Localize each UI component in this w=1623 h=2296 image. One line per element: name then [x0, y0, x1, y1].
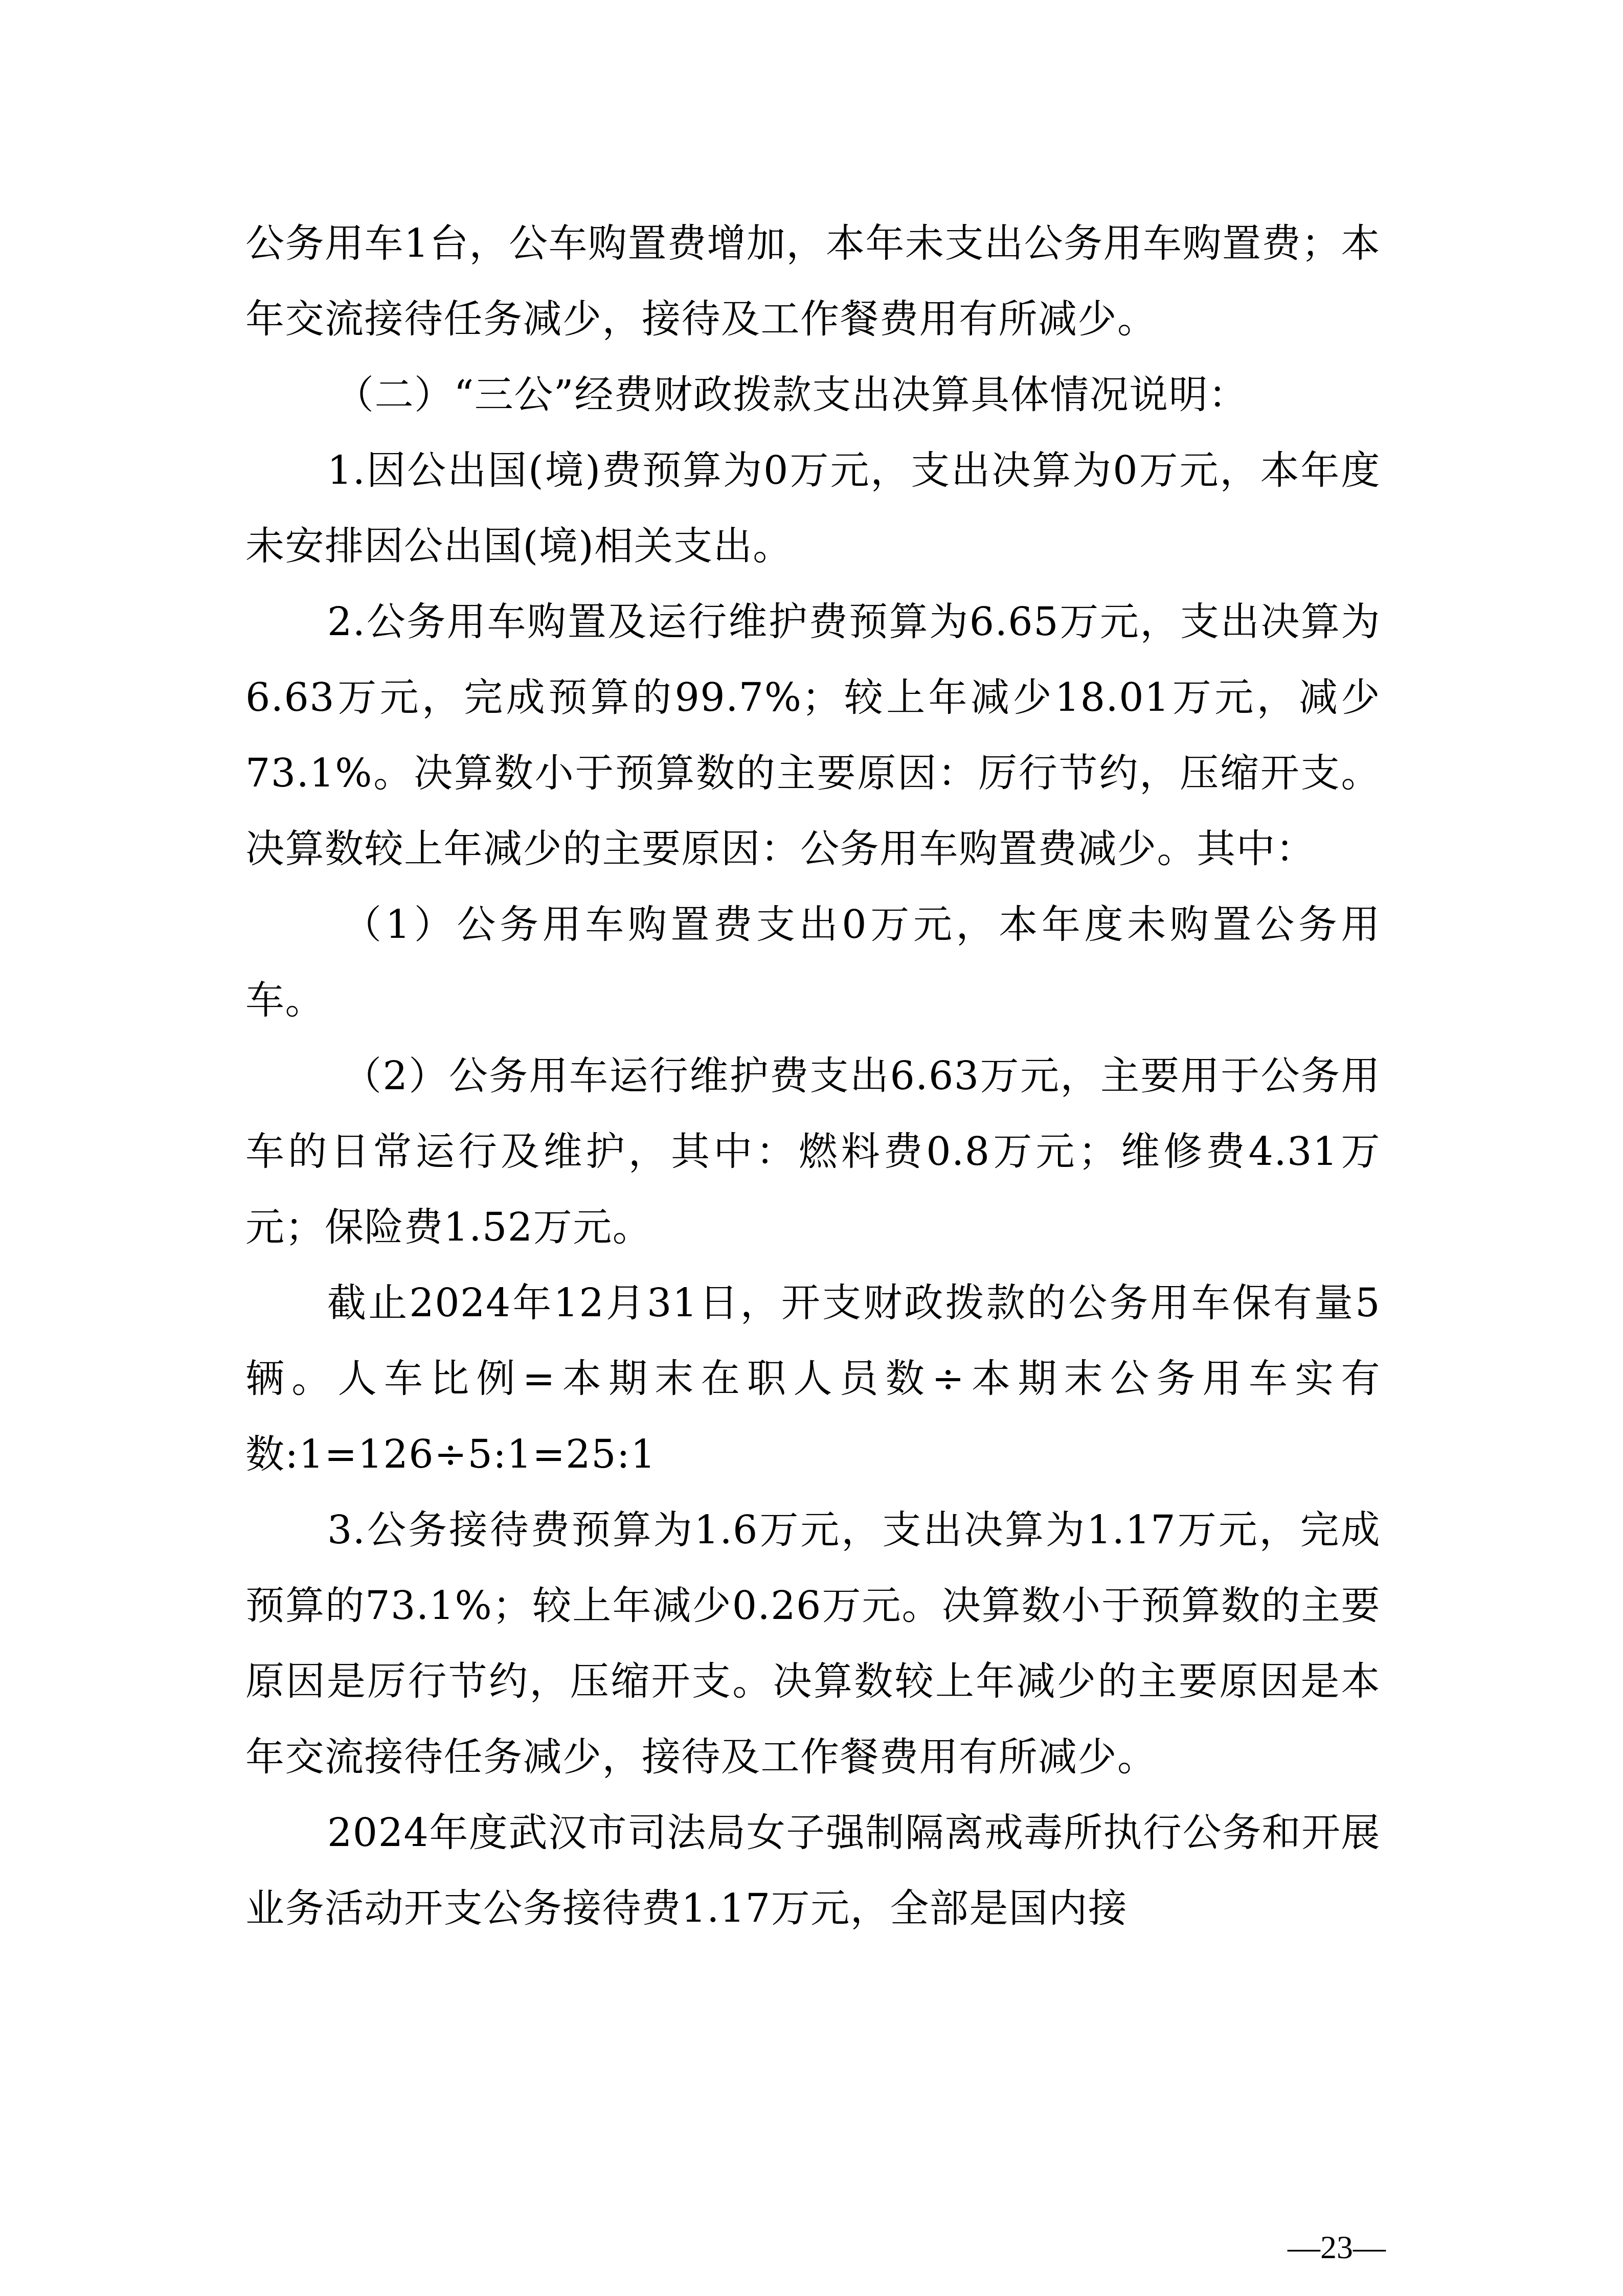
- body-text: 公务用车1台，公车购置费增加，本年未支出公务用车购置费；本年交流接待任务减少，接…: [245, 206, 1381, 1946]
- paragraph-vehicle-purchase: （1）公务用车购置费支出0万元，本年度未购置公务用车。: [245, 887, 1381, 1038]
- paragraph-overseas-travel: 1.因公出国(境)费预算为0万元，支出决算为0万元，本年度未安排因公出国(境)相…: [245, 433, 1381, 584]
- paragraph-continuation: 公务用车1台，公车购置费增加，本年未支出公务用车购置费；本年交流接待任务减少，接…: [245, 206, 1381, 357]
- paragraph-reception-expenses: 3.公务接待费预算为1.6万元，支出决算为1.17万元，完成预算的73.1%；较…: [245, 1492, 1381, 1795]
- paragraph-vehicle-expenses: 2.公务用车购置及运行维护费预算为6.65万元，支出决算为6.63万元，完成预算…: [245, 584, 1381, 887]
- page-number: —23—: [1268, 2227, 1386, 2268]
- paragraph-vehicle-maintenance: （2）公务用车运行维护费支出6.63万元，主要用于公务用车的日常运行及维护，其中…: [245, 1038, 1381, 1265]
- section-heading-three-public-expenses: （二）“三公”经费财政拨款支出决算具体情况说明：: [245, 357, 1381, 433]
- document-page: 公务用车1台，公车购置费增加，本年未支出公务用车购置费；本年交流接待任务减少，接…: [0, 0, 1623, 2296]
- paragraph-reception-summary: 2024年度武汉市司法局女子强制隔离戒毒所执行公务和开展业务活动开支公务接待费1…: [245, 1795, 1381, 1946]
- paragraph-vehicle-holdings: 截止2024年12月31日，开支财政拨款的公务用车保有量5辆。人车比例=本期末在…: [245, 1265, 1381, 1492]
